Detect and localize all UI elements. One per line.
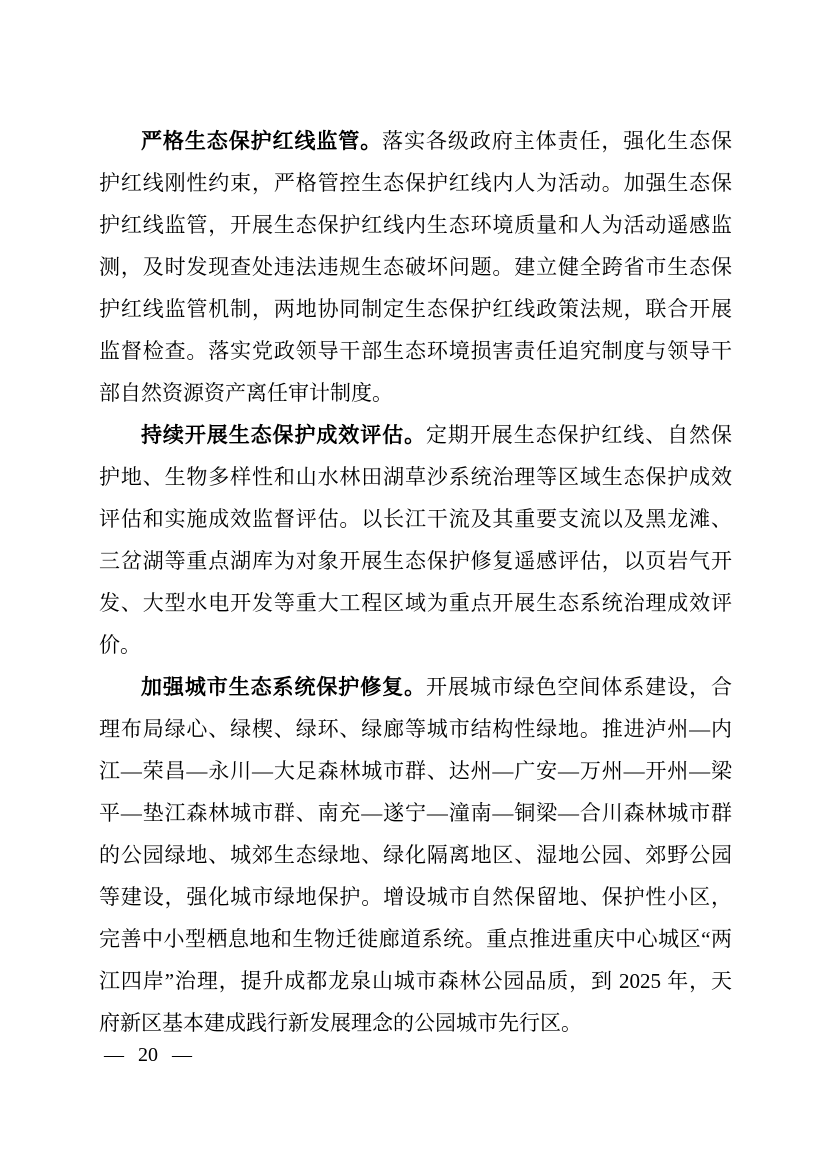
line-text: 护地、生物多样性和山水林田湖草沙系统治理等区域生态保护成效	[99, 465, 732, 489]
text-line: 严格生态保护红线监管。落实各级政府主体责任，强化生态保	[99, 120, 732, 162]
text-line: 监督检查。落实党政领导干部生态环境损害责任追究制度与领导干	[99, 330, 732, 372]
text-line: 理布局绿心、绿楔、绿环、绿廊等城市结构性绿地。推进泸州—内	[99, 708, 732, 750]
text-line: 加强城市生态系统保护修复。开展城市绿色空间体系建设，合	[99, 666, 732, 708]
text-line: 江四岸”治理，提升成都龙泉山城市森林公园品质，到 2025 年，天	[99, 960, 732, 1002]
line-text: 发、大型水电开发等重大工程区域为重点开展生态系统治理成效评	[99, 591, 732, 615]
line-text: 监督检查。落实党政领导干部生态环境损害责任追究制度与领导干	[99, 339, 732, 363]
text-line: 测，及时发现查处违法违规生态破坏问题。建立健全跨省市生态保	[99, 246, 732, 288]
line-text: 理布局绿心、绿楔、绿环、绿廊等城市结构性绿地。推进泸州—内	[99, 717, 732, 741]
line-text: 的公园绿地、城郊生态绿地、绿化隔离地区、湿地公园、郊野公园	[99, 843, 732, 867]
text-line: 部自然资源资产离任审计制度。	[99, 372, 732, 414]
line-text: 评估和实施成效监督评估。以长江干流及其重要支流以及黑龙滩、	[99, 507, 732, 531]
text-line: 府新区基本建成践行新发展理念的公园城市先行区。	[99, 1002, 732, 1044]
line-text: 价。	[99, 633, 141, 657]
text-line: 发、大型水电开发等重大工程区域为重点开展生态系统治理成效评	[99, 582, 732, 624]
text-line: 江—荣昌—永川—大足森林城市群、达州—广安—万州—开州—梁	[99, 750, 732, 792]
text-line: 护地、生物多样性和山水林田湖草沙系统治理等区域生态保护成效	[99, 456, 732, 498]
text-line: 护红线监管，开展生态保护红线内生态环境质量和人为活动遥感监	[99, 204, 732, 246]
footer-dash-right: —	[172, 1040, 192, 1070]
paragraph: 严格生态保护红线监管。落实各级政府主体责任，强化生态保护红线刚性约束，严格管控生…	[99, 120, 732, 414]
line-text: 护红线刚性约束，严格管控生态保护红线内人为活动。加强生态保	[99, 171, 732, 195]
line-text: 开展城市绿色空间体系建设，合	[426, 675, 732, 699]
document-body: 严格生态保护红线监管。落实各级政府主体责任，强化生态保护红线刚性约束，严格管控生…	[99, 120, 732, 1044]
line-text: 平—垫江森林城市群、南充—遂宁—潼南—铜梁—合川森林城市群	[99, 801, 732, 825]
line-text: 定期开展生态保护红线、自然保	[426, 423, 732, 447]
line-text: 测，及时发现查处违法违规生态破坏问题。建立健全跨省市生态保	[99, 255, 732, 279]
text-line: 价。	[99, 624, 732, 666]
text-line: 持续开展生态保护成效评估。定期开展生态保护红线、自然保	[99, 414, 732, 456]
line-text: 部自然资源资产离任审计制度。	[99, 381, 393, 405]
text-line: 护红线刚性约束，严格管控生态保护红线内人为活动。加强生态保	[99, 162, 732, 204]
page-footer: — 20 —	[104, 1040, 192, 1070]
footer-dash-left: —	[104, 1040, 124, 1070]
text-line: 评估和实施成效监督评估。以长江干流及其重要支流以及黑龙滩、	[99, 498, 732, 540]
line-text: 完善中小型栖息地和生物迁徙廊道系统。重点推进重庆中心城区“两	[99, 927, 732, 951]
line-text: 等建设，强化城市绿地保护。增设城市自然保留地、保护性小区，	[99, 885, 732, 909]
text-line: 等建设，强化城市绿地保护。增设城市自然保留地、保护性小区，	[99, 876, 732, 918]
paragraph-lead: 加强城市生态系统保护修复。	[141, 675, 426, 699]
line-text: 落实各级政府主体责任，强化生态保	[382, 129, 732, 153]
line-text: 府新区基本建成践行新发展理念的公园城市先行区。	[99, 1011, 582, 1035]
text-line: 平—垫江森林城市群、南充—遂宁—潼南—铜梁—合川森林城市群	[99, 792, 732, 834]
paragraph-lead: 持续开展生态保护成效评估。	[141, 423, 426, 447]
line-text: 护红线监管机制，两地协同制定生态保护红线政策法规，联合开展	[99, 297, 732, 321]
line-text: 三岔湖等重点湖库为对象开展生态保护修复遥感评估，以页岩气开	[99, 549, 732, 573]
line-text: 护红线监管，开展生态保护红线内生态环境质量和人为活动遥感监	[99, 213, 732, 237]
text-line: 三岔湖等重点湖库为对象开展生态保护修复遥感评估，以页岩气开	[99, 540, 732, 582]
line-text: 江四岸”治理，提升成都龙泉山城市森林公园品质，到 2025 年，天	[99, 969, 732, 993]
paragraph: 加强城市生态系统保护修复。开展城市绿色空间体系建设，合理布局绿心、绿楔、绿环、绿…	[99, 666, 732, 1044]
paragraph: 持续开展生态保护成效评估。定期开展生态保护红线、自然保护地、生物多样性和山水林田…	[99, 414, 732, 666]
document-page: 严格生态保护红线监管。落实各级政府主体责任，强化生态保护红线刚性约束，严格管控生…	[0, 0, 826, 1169]
text-line: 完善中小型栖息地和生物迁徙廊道系统。重点推进重庆中心城区“两	[99, 918, 732, 960]
page-number: 20	[138, 1040, 158, 1070]
text-line: 的公园绿地、城郊生态绿地、绿化隔离地区、湿地公园、郊野公园	[99, 834, 732, 876]
text-line: 护红线监管机制，两地协同制定生态保护红线政策法规，联合开展	[99, 288, 732, 330]
line-text: 江—荣昌—永川—大足森林城市群、达州—广安—万州—开州—梁	[99, 759, 732, 783]
paragraph-lead: 严格生态保护红线监管。	[141, 129, 382, 153]
